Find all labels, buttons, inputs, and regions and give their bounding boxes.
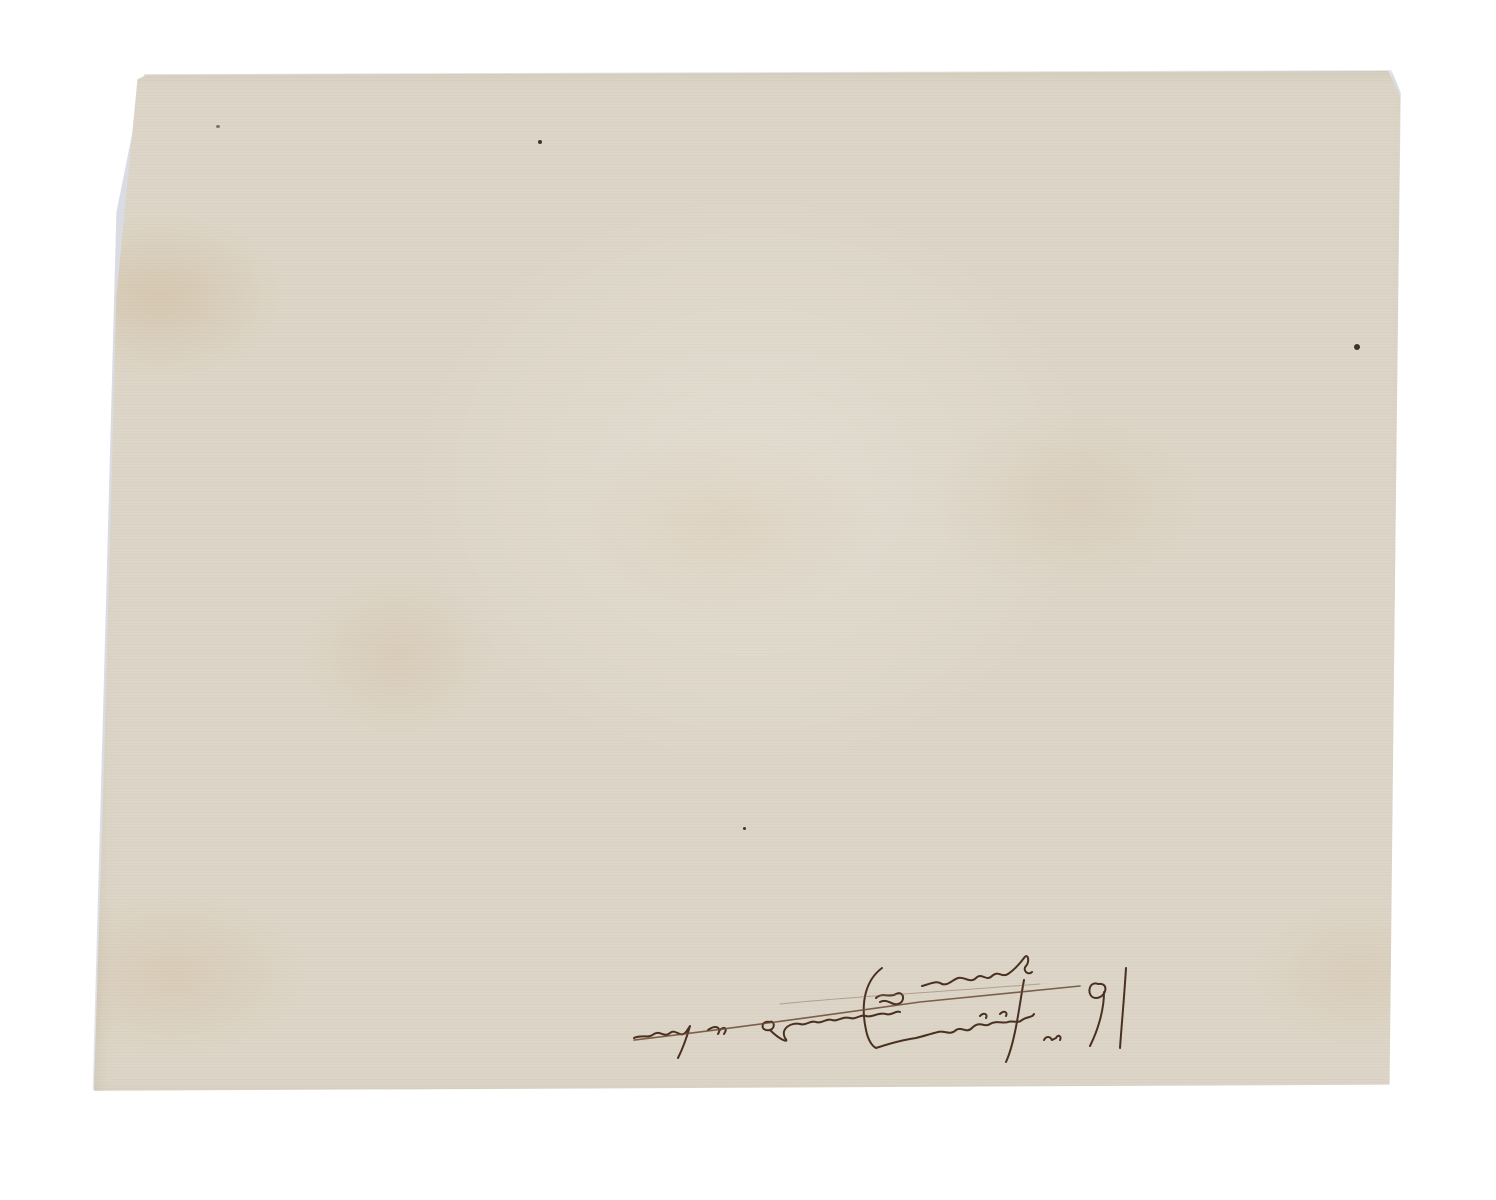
ink-spot: [743, 827, 746, 830]
ink-spot: [1354, 344, 1360, 350]
inscription-strokes: [620, 940, 1180, 1080]
ink-spot: [538, 140, 542, 144]
photo-background: Brief cursive ink inscription in an earl…: [0, 0, 1496, 1200]
handwritten-inscription: Brief cursive ink inscription in an earl…: [620, 940, 1180, 1080]
ink-spot: [216, 125, 220, 128]
